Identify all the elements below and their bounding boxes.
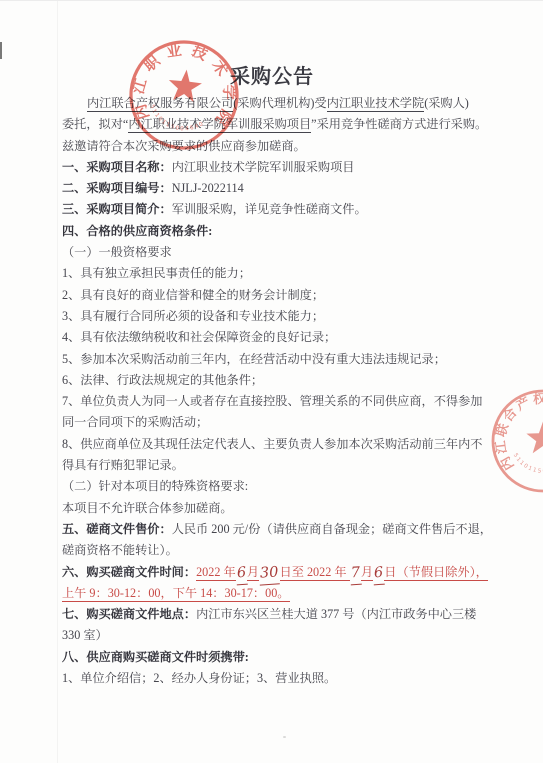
text-segment: 本项目不允许联合体参加磋商。 bbox=[62, 501, 233, 515]
text-segment: 日至 2022 年 bbox=[280, 565, 350, 581]
handwritten-text: 6 bbox=[372, 562, 385, 585]
text-segment: 二、采购项目编号： bbox=[62, 181, 172, 195]
doc-line: 1、具有独立承担民事责任的能力； bbox=[62, 263, 486, 284]
text-segment: 人民币 200 元/份（请供应商自备现金；磋商文件售后不退， bbox=[172, 522, 492, 536]
doc-line: 兹邀请符合本次采购要求的供应商参加磋商。 bbox=[62, 136, 486, 157]
text-segment: （二）针对本项目的特殊资格要求: bbox=[62, 479, 248, 493]
text-segment: 7、单位负责人为同一人或者存在直接控股、管理关系的不同供应商，不得参加 bbox=[62, 394, 482, 408]
text-segment: 2022 年 bbox=[196, 565, 236, 581]
doc-line: 五、磋商文件售价：人民币 200 元/份（请供应商自备现金；磋商文件售后不退， bbox=[62, 519, 486, 540]
text-segment: 内江职业技术学院军训服采购项目 bbox=[128, 117, 311, 133]
text-segment: 内江职业技术学院 bbox=[327, 96, 425, 112]
doc-line: （一）一般资格要求 bbox=[62, 242, 486, 263]
text-segment: 四、合格的供应商资格条件: bbox=[62, 224, 212, 238]
doc-line: 6、法律、行政法规规定的其他条件； bbox=[62, 370, 486, 391]
scan-speck bbox=[283, 736, 286, 738]
doc-line: 1、单位介绍信；2、经办人身份证；3、营业执照。 bbox=[62, 668, 486, 689]
text-segment: 月 bbox=[361, 565, 373, 581]
svg-text:5110115004: 5110115004 bbox=[512, 453, 543, 475]
text-segment: (采购人) bbox=[424, 96, 469, 110]
text-segment: 6、法律、行政法规规定的其他条件； bbox=[62, 373, 263, 387]
text-segment: 5、参加本次采购活动前三年内，在经营活动中没有重大违法违规记录； bbox=[62, 352, 446, 366]
text-segment: NJLJ-2022114 bbox=[172, 181, 244, 195]
doc-line: 一、采购项目名称：内江职业技术学院军训服采购项目 bbox=[62, 157, 486, 178]
doc-line: （二）针对本项目的特殊资格要求: bbox=[62, 476, 486, 497]
text-segment: 军训服采购，详见竞争性磋商文件。 bbox=[172, 202, 367, 216]
doc-line: 4、具有依法缴纳税收和社会保障资金的良好记录； bbox=[62, 327, 486, 348]
text-segment: 1、具有独立承担民事责任的能力； bbox=[62, 266, 251, 280]
text-segment: 4、具有依法缴纳税收和社会保障资金的良好记录； bbox=[62, 330, 336, 344]
page-title: 采购公告 bbox=[62, 63, 482, 91]
text-segment: 六、购买磋商文件时间： bbox=[62, 565, 196, 579]
doc-line: 磋商资格不能转让）。 bbox=[62, 540, 486, 561]
text-segment: 磋商资格不能转让）。 bbox=[62, 543, 178, 557]
doc-line: 四、合格的供应商资格条件: bbox=[62, 221, 486, 242]
text-segment: 一、采购项目名称： bbox=[62, 160, 172, 174]
text-segment: 同一合同项下的采购活动； bbox=[62, 415, 208, 429]
scan-crease-line bbox=[57, 1, 58, 763]
doc-line: 330 室） bbox=[62, 625, 486, 646]
agency-seal-stamp-icon: 内江联合产权服务有限公司 5110115004 bbox=[483, 381, 543, 501]
doc-line: 上午 9：30-12：00，下午 14：30-17：00。 bbox=[62, 583, 486, 604]
doc-line: 六、购买磋商文件时间：2022 年6月30日至 2022 年 7月6日（节假日除… bbox=[62, 562, 486, 583]
scan-edge-mark bbox=[0, 42, 2, 59]
text-segment: 上午 9：30-12：00，下午 14：30-17：00。 bbox=[62, 586, 290, 602]
text-segment: 内江联合产权服务有限公司 bbox=[87, 96, 233, 112]
text-segment: 8、供应商单位及其现任法定代表人、主要负责人参加本次采购活动前三年内不 bbox=[62, 437, 482, 451]
document-body: 内江联合产权服务有限公司(采购代理机构)受内江职业技术学院(采购人)委托，拟对“… bbox=[62, 93, 486, 689]
text-segment: 1、单位介绍信；2、经办人身份证；3、营业执照。 bbox=[62, 671, 336, 685]
document-page: 采购公告 内江联合产权服务有限公司(采购代理机构)受内江职业技术学院(采购人)委… bbox=[0, 0, 543, 763]
doc-line: 7、单位负责人为同一人或者存在直接控股、管理关系的不同供应商，不得参加 bbox=[62, 391, 486, 412]
doc-line: 同一合同项下的采购活动； bbox=[62, 412, 486, 433]
svg-text:内江联合产权服务有限公司: 内江联合产权服务有限公司 bbox=[483, 381, 543, 473]
text-segment: 3、具有履行合同所必须的设备和专业技术能力； bbox=[62, 309, 324, 323]
text-segment: 内江职业技术学院军训服采购项目 bbox=[172, 160, 355, 174]
doc-line: 2、具有良好的商业信誉和健全的财务会计制度； bbox=[62, 285, 486, 306]
text-segment: 内江市东兴区兰桂大道 377 号（内江市政务中心三楼 bbox=[196, 607, 476, 621]
doc-line: 5、参加本次采购活动前三年内，在经营活动中没有重大违法违规记录； bbox=[62, 349, 486, 370]
doc-line: 3、具有履行合同所必须的设备和专业技术能力； bbox=[62, 306, 486, 327]
doc-line: 得具有行贿犯罪记录。 bbox=[62, 455, 486, 476]
text-segment: 兹邀请符合本次采购要求的供应商参加磋商。 bbox=[62, 139, 306, 153]
text-segment: (采购代理机构)受 bbox=[233, 96, 326, 110]
doc-line: 二、采购项目编号：NJLJ-2022114 bbox=[62, 178, 486, 199]
text-segment: 委托，拟对“ bbox=[62, 117, 128, 131]
text-segment: 330 室） bbox=[62, 628, 108, 642]
star-icon bbox=[526, 422, 543, 454]
doc-line: 本项目不允许联合体参加磋商。 bbox=[62, 498, 486, 519]
doc-line: 8、供应商单位及其现任法定代表人、主要负责人参加本次采购活动前三年内不 bbox=[62, 434, 486, 455]
text-segment: 得具有行贿犯罪记录。 bbox=[62, 458, 184, 472]
text-segment: 月 bbox=[247, 565, 259, 581]
handwritten-text: 30 bbox=[258, 562, 280, 586]
doc-line: 七、购买磋商文件地点：内江市东兴区兰桂大道 377 号（内江市政务中心三楼 bbox=[62, 604, 486, 625]
text-segment: 日（节假日除外）， bbox=[384, 565, 488, 581]
text-segment: 八、供应商购买磋商文件时须携带: bbox=[62, 650, 249, 664]
text-segment: 三、采购项目简介： bbox=[62, 202, 172, 216]
text-segment: （一）一般资格要求 bbox=[62, 245, 172, 259]
text-segment: 五、磋商文件售价： bbox=[62, 522, 172, 536]
text-segment: ”采用竞争性磋商方式进行采购。 bbox=[311, 117, 487, 131]
doc-line: 八、供应商购买磋商文件时须携带: bbox=[62, 647, 486, 668]
doc-line: 内江联合产权服务有限公司(采购代理机构)受内江职业技术学院(采购人) bbox=[62, 93, 486, 114]
doc-line: 委托，拟对“内江职业技术学院军训服采购项目”采用竞争性磋商方式进行采购。 bbox=[62, 114, 486, 135]
doc-line: 三、采购项目简介：军训服采购，详见竞争性磋商文件。 bbox=[62, 199, 486, 220]
handwritten-text: 6 bbox=[235, 562, 248, 585]
handwritten-text: 7 bbox=[349, 562, 362, 585]
text-segment: 七、购买磋商文件地点： bbox=[62, 607, 196, 621]
text-segment: 2、具有良好的商业信誉和健全的财务会计制度； bbox=[62, 288, 324, 302]
